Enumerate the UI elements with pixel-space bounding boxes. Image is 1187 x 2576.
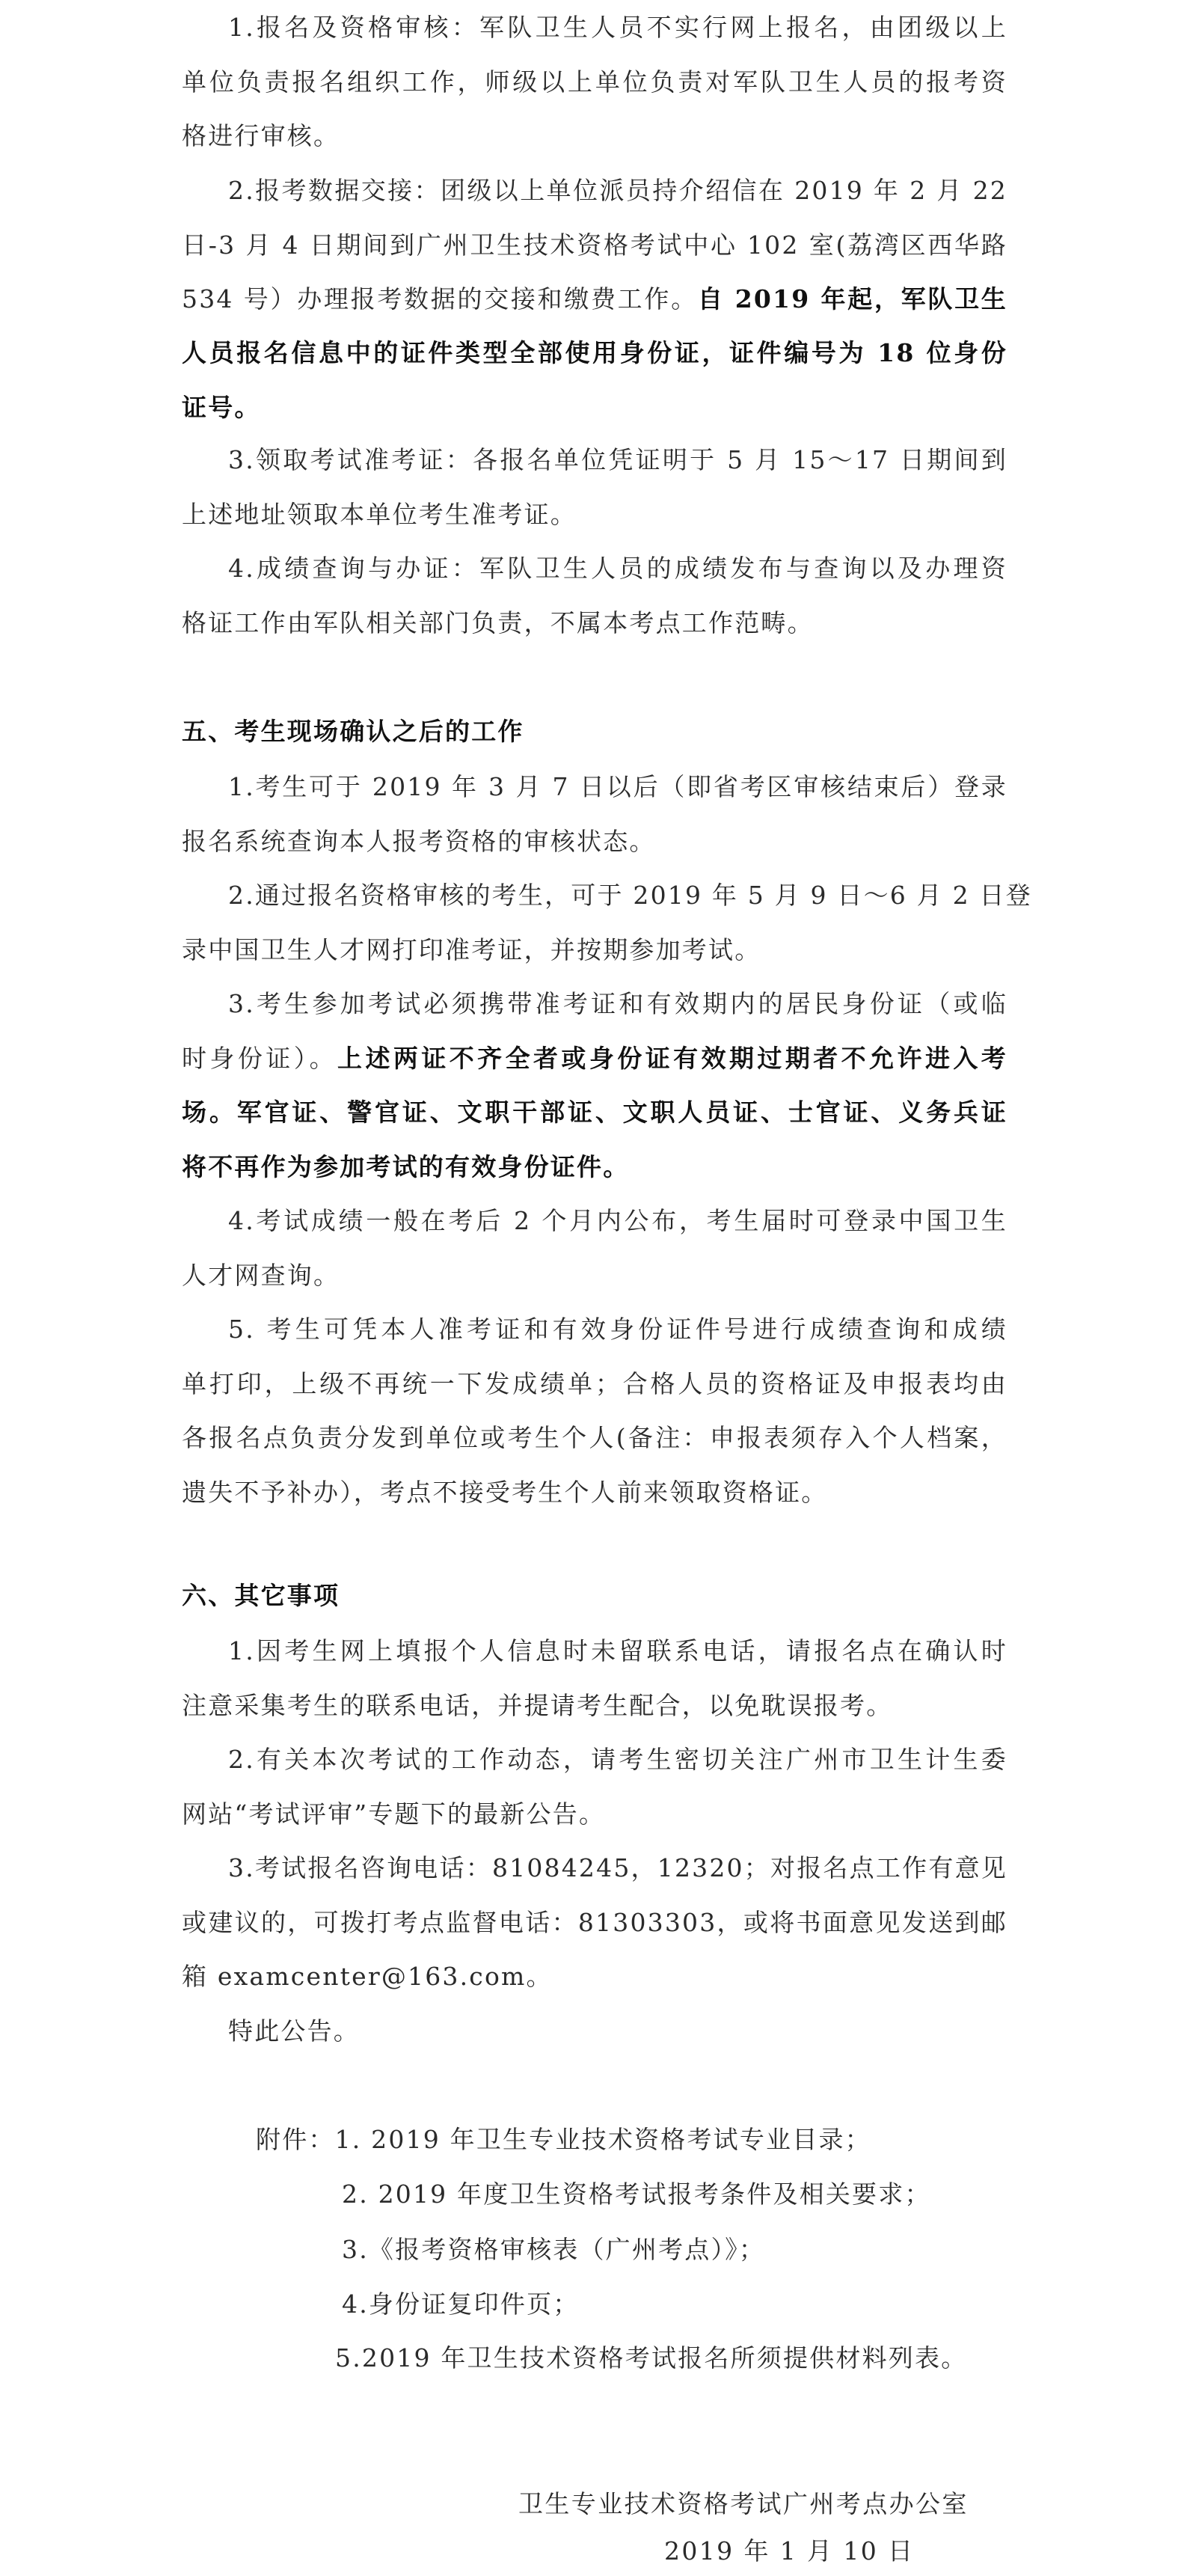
paragraph-line: 1.因考生网上填报个人信息时未留联系电话，请报名点在确认时 bbox=[228, 1633, 1007, 1670]
contact-email-line: 箱 examcenter@163.com。 bbox=[182, 1958, 1007, 1995]
bold-notice-line: 人员报名信息中的证件类型全部使用身份证，证件编号为 18 位身份 bbox=[182, 334, 1007, 372]
issue-date: 2019 年 1 月 10 日 bbox=[664, 2533, 914, 2570]
paragraph-line: 格证工作由军队相关部门负责，不属本考点工作范畴。 bbox=[182, 605, 1007, 642]
paragraph-line: 3.考生参加考试必须携带准考证和有效期内的居民身份证（或临 bbox=[228, 985, 1007, 1023]
paragraph-line: 遗失不予补办），考点不接受考生个人前来领取资格证。 bbox=[182, 1474, 1007, 1511]
attachment-item-3: 3.《报考资格审核表（广州考点）》； bbox=[342, 2231, 765, 2268]
paragraph-line: 格进行审核。 bbox=[182, 117, 1007, 155]
paragraph-line: 3.领取考试准考证：各报名单位凭证明于 5 月 15～17 日期间到 bbox=[228, 441, 1007, 479]
attachment-item-5: 5.2019 年卫生技术资格考试报名所须提供材料列表。 bbox=[335, 2340, 967, 2377]
bold-notice-line: 场。军官证、警官证、文职干部证、文职人员证、士官证、义务兵证 bbox=[182, 1094, 1007, 1131]
bold-notice-text: 自 2019 年起，军队卫生 bbox=[698, 284, 1007, 313]
paragraph-line: 报名系统查询本人报考资格的审核状态。 bbox=[182, 823, 1007, 860]
paragraph-line: 单打印，上级不再统一下发成绩单；合格人员的资格证及申报表均由 bbox=[182, 1365, 1007, 1403]
bold-notice-line: 将不再作为参加考试的有效身份证件。 bbox=[182, 1148, 1007, 1186]
paragraph-line: 534 号）办理报考数据的交接和缴费工作。自 2019 年起，军队卫生 bbox=[182, 281, 1007, 318]
paragraph-line: 2.报考数据交接：团级以上单位派员持介绍信在 2019 年 2 月 22 bbox=[228, 172, 1007, 209]
normal-text: 534 号）办理报考数据的交接和缴费工作。 bbox=[182, 284, 698, 313]
paragraph-line: 上述地址领取本单位考生准考证。 bbox=[182, 496, 1007, 533]
attachment-item-4: 4.身份证复印件页； bbox=[342, 2286, 580, 2323]
attachments-label: 附件： bbox=[256, 2125, 335, 2154]
paragraph-line: 时身份证）。上述两证不齐全者或身份证有效期过期者不允许进入考 bbox=[182, 1040, 1007, 1077]
attachment-item-2: 2. 2019 年度卫生资格考试报考条件及相关要求； bbox=[342, 2176, 931, 2213]
paragraph-line: 2.有关本次考试的工作动态，请考生密切关注广州市卫生计生委 bbox=[228, 1741, 1007, 1778]
paragraph-line: 注意采集考生的联系电话，并提请考生配合，以免耽误报考。 bbox=[182, 1687, 1007, 1725]
paragraph-line: 或建议的，可拨打考点监督电话：81303303，或将书面意见发送到邮 bbox=[182, 1904, 1007, 1942]
paragraph-line: 4.成绩查询与办证：军队卫生人员的成绩发布与查询以及办理资 bbox=[228, 550, 1007, 587]
attachment-title: 1. 2019 年卫生专业技术资格考试专业目录； bbox=[335, 2125, 871, 2154]
paragraph-line: 各报名点负责分发到单位或考生个人(备注：申报表须存入个人档案， bbox=[182, 1419, 1007, 1457]
paragraph-line: 1.报名及资格审核：军队卫生人员不实行网上报名，由团级以上 bbox=[228, 9, 1007, 46]
paragraph-line: 日-3 月 4 日期间到广州卫生技术资格考试中心 102 室(荔湾区西华路 bbox=[182, 227, 1007, 264]
paragraph-line: 网站“考试评审”专题下的最新公告。 bbox=[182, 1796, 1007, 1833]
paragraph-line: 3.考试报名咨询电话：81084245，12320；对报名点工作有意见 bbox=[228, 1850, 1007, 1887]
paragraph-line: 5. 考生可凭本人准考证和有效身份证件号进行成绩查询和成绩 bbox=[228, 1311, 1007, 1348]
paragraph-line: 人才网查询。 bbox=[182, 1257, 1007, 1294]
section-heading-5: 五、考生现场确认之后的工作 bbox=[182, 713, 1007, 750]
normal-text: 时身份证）。 bbox=[182, 1044, 337, 1073]
issuing-office: 卫生专业技术资格考试广州考点办公室 bbox=[518, 2485, 969, 2523]
bold-notice-text: 上述两证不齐全者或身份证有效期过期者不允许进入考 bbox=[337, 1044, 1007, 1073]
paragraph-line: 录中国卫生人才网打印准考证，并按期参加考试。 bbox=[182, 931, 1007, 969]
closing-statement: 特此公告。 bbox=[228, 2013, 1007, 2050]
paragraph-line: 单位负责报名组织工作，师级以上单位负责对军队卫生人员的报考资 bbox=[182, 64, 1007, 101]
paragraph-line: 2.通过报名资格审核的考生，可于 2019 年 5 月 9 日～6 月 2 日登 bbox=[228, 877, 1007, 914]
section-heading-6: 六、其它事项 bbox=[182, 1577, 1007, 1615]
paragraph-line: 1.考生可于 2019 年 3 月 7 日以后（即省考区审核结束后）登录 bbox=[228, 768, 1007, 806]
attachment-item-1: 附件：1. 2019 年卫生专业技术资格考试专业目录； bbox=[256, 2121, 871, 2159]
paragraph-line: 4.考试成绩一般在考后 2 个月内公布，考生届时可登录中国卫生 bbox=[228, 1202, 1007, 1240]
bold-notice-line: 证号。 bbox=[182, 389, 1007, 426]
